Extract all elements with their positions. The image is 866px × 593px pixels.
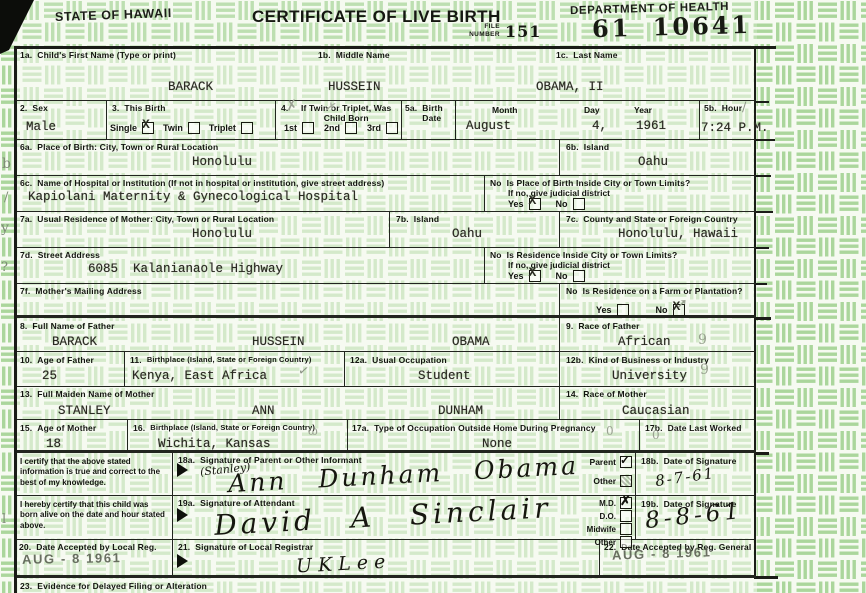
md-label: M.D. <box>599 499 616 508</box>
value-street-address: 6085 Kalanianaole Highway <box>88 262 283 276</box>
pencil-mark: ✗ <box>285 97 299 115</box>
value-occupation: Student <box>418 369 471 383</box>
label-23: 23.Evidence for Delayed Filing or Altera… <box>20 581 207 591</box>
label-7g: NoIs Residence on a Farm or Plantation? <box>566 286 743 296</box>
pencil-mark: y <box>1 220 9 236</box>
yes-label: Yes <box>508 271 524 281</box>
value-father-birthplace: Kenya, East Africa <box>132 369 267 383</box>
no-label: No <box>556 199 568 209</box>
value-father-age: 25 <box>42 369 57 383</box>
second-label: 2nd <box>324 123 340 133</box>
label-6d-line2: If no, give judicial district <box>508 188 610 198</box>
label-12a: 12a.Usual Occupation <box>350 355 447 365</box>
pencil-mark: / <box>742 100 746 115</box>
certification-text-18: I certify that the above stated informat… <box>20 457 168 488</box>
value-birth-island: Oahu <box>638 155 668 169</box>
this-birth-checkboxes: Single X Twin Triplet <box>110 122 253 134</box>
file-label-line1: FILE <box>452 23 500 31</box>
pencil-mark: / <box>4 190 8 205</box>
pencil-mark: l <box>2 512 6 527</box>
value-county: Honolulu, Hawaii <box>618 227 738 241</box>
label-7a: 7a.Usual Residence of Mother: City, Town… <box>20 214 274 224</box>
parent-label: Parent <box>590 457 616 467</box>
checkbox-twin <box>188 122 200 134</box>
certificate-number: 61 10641 <box>592 10 752 43</box>
label-3: 3.This Birth <box>112 103 166 113</box>
label-5a: 5a.Birth Date <box>405 103 449 123</box>
value-mother-maiden: DUNHAM <box>438 404 483 418</box>
checkbox-triplet <box>241 122 253 134</box>
value-occupation-pregnancy: None <box>482 437 512 451</box>
checkbox-md: ✗ <box>620 497 632 509</box>
file-label-line2: NUMBER <box>452 31 500 39</box>
yes-label: Yes <box>596 305 612 315</box>
value-father-race: African <box>618 335 671 349</box>
parent-other-checkboxes: Parent✓ Other <box>582 456 632 487</box>
value-residence-city: Honolulu <box>192 227 252 241</box>
value-hospital: Kapiolani Maternity & Gynecological Hosp… <box>28 190 358 204</box>
twin-order-checkboxes: 1st 2nd 3rd <box>284 122 398 134</box>
pencil-mark: ? <box>1 260 8 275</box>
do-label: D.O. <box>600 512 616 521</box>
label-17a: 17a.Type of Occupation Outside Home Duri… <box>352 423 596 433</box>
signature-arrow-18a-icon <box>177 463 188 477</box>
label-6d: NoIs Place of Birth Inside City or Town … <box>490 178 750 188</box>
checkbox-midwife <box>620 523 632 535</box>
pencil-mark: 0 <box>606 424 614 438</box>
other-attendant-label: Other <box>595 538 616 547</box>
value-father-middle: HUSSEIN <box>252 335 305 349</box>
label-14: 14.Race of Mother <box>566 389 647 399</box>
certification-text-19: I hereby certify that this child was bor… <box>20 500 168 531</box>
pencil-mark: ➚ <box>676 296 688 312</box>
value-mother-first: STANLEY <box>58 404 111 418</box>
no-label: No <box>656 305 668 315</box>
checkbox-do <box>620 510 632 522</box>
7e-yes-no: Yes X No <box>508 270 585 282</box>
checkbox-1st <box>302 122 314 134</box>
local-registrar-date-stamp: AUG - 8 1961 <box>22 550 122 567</box>
label-2: 2.Sex <box>20 103 48 113</box>
attendant-type-checkboxes: M.D.✗ D.O. Midwife Other <box>578 497 632 548</box>
pencil-mark: 0 <box>652 428 660 442</box>
cell-5a-inner-divider <box>455 101 456 140</box>
pencil-mark: b <box>2 156 11 172</box>
label-10: 10.Age of Father <box>20 355 94 365</box>
checkbox-3rd <box>386 122 398 134</box>
checkbox-single: X <box>142 122 154 134</box>
label-7e-line2: If no, give judicial district <box>508 260 610 270</box>
checkbox-2nd <box>345 122 357 134</box>
label-9: 9.Race of Father <box>566 321 640 331</box>
label-7b: 7b.Island <box>396 214 439 224</box>
label-12b: 12b.Kind of Business or Industry <box>566 355 709 365</box>
third-label: 3rd <box>367 123 381 133</box>
value-residence-island: Oahu <box>452 227 482 241</box>
label-11: 11.Birthplace (Island, State or Foreign … <box>130 355 312 365</box>
label-6c: 6c.Name of Hospital or Institution (If n… <box>20 178 384 188</box>
label-16: 16.Birthplace (Island, State or Foreign … <box>133 423 315 433</box>
label-year: Year <box>634 105 652 115</box>
pencil-mark: 9 <box>700 362 709 378</box>
label-13: 13.Full Maiden Name of Mother <box>20 389 155 399</box>
label-4: 4.If Twin or Triplet, Was Child Born <box>281 103 399 123</box>
no-label: No <box>556 271 568 281</box>
label-1c: 1c.Last Name <box>556 50 618 60</box>
checkbox-6d-yes: X <box>529 198 541 210</box>
value-first-name: BARACK <box>168 80 213 94</box>
checkbox-7g-yes <box>617 304 629 316</box>
other-label: Other <box>593 476 616 486</box>
file-number-label: FILE NUMBER <box>452 23 500 39</box>
first-label: 1st <box>284 123 297 133</box>
value-mother-age: 18 <box>46 437 61 451</box>
value-hour: 7:24 P.M. <box>701 121 769 135</box>
7g-yes-no: Yes No X <box>596 304 685 316</box>
label-7c: 7c.County and State or Foreign Country <box>566 214 738 224</box>
6d-yes-no: Yes X No <box>508 198 585 210</box>
label-1a: 1a.Child's First Name (Type or print) <box>20 50 176 60</box>
label-day: Day <box>584 105 600 115</box>
value-last-name: OBAMA, II <box>536 80 604 94</box>
value-mother-middle: ANN <box>252 404 275 418</box>
label-5b: 5b.Hour <box>704 103 742 113</box>
birth-certificate-document: STATE OF HAWAII CERTIFICATE OF LIVE BIRT… <box>0 0 866 593</box>
value-mother-race: Caucasian <box>622 404 690 418</box>
pencil-mark: ω <box>308 424 318 438</box>
label-1b: 1b.Middle Name <box>318 50 390 60</box>
value-middle-name: HUSSEIN <box>328 80 381 94</box>
checkbox-6d-no <box>573 198 585 210</box>
value-birth-month: August <box>466 119 511 133</box>
label-month: Month <box>492 105 518 115</box>
checkbox-7e-yes: X <box>529 270 541 282</box>
value-birth-city: Honolulu <box>192 155 252 169</box>
checkbox-7e-no <box>573 270 585 282</box>
value-industry: University <box>612 369 687 383</box>
label-6a: 6a.Place of Birth: City, Town or Rural L… <box>20 142 218 152</box>
label-7d: 7d.Street Address <box>20 250 100 260</box>
signature-arrow-21-icon <box>177 554 188 568</box>
checkbox-parent: ✓ <box>620 456 632 468</box>
label-7f: 7f.Mother's Mailing Address <box>20 286 142 296</box>
triplet-label: Triplet <box>209 123 236 133</box>
file-number-value: 151 <box>505 22 541 41</box>
value-birth-year: 1961 <box>636 119 666 133</box>
signature-arrow-19a-icon <box>177 508 188 522</box>
twin-label: Twin <box>163 123 183 133</box>
label-15: 15.Age of Mother <box>20 423 96 433</box>
label-18b: 18b.Date of Signature <box>641 456 737 466</box>
value-sex: Male <box>26 120 56 134</box>
value-father-first: BARACK <box>52 335 97 349</box>
label-21: 21.Signature of Local Registrar <box>178 542 313 552</box>
midwife-label: Midwife <box>587 525 616 534</box>
checkbox-other-informant <box>620 475 632 487</box>
single-label: Single <box>110 123 137 133</box>
pencil-mark: 9 <box>698 332 707 348</box>
label-6b: 6b.Island <box>566 142 609 152</box>
label-8: 8.Full Name of Father <box>20 321 115 331</box>
value-father-last: OBAMA <box>452 335 490 349</box>
value-mother-birthplace: Wichita, Kansas <box>158 437 271 451</box>
yes-label: Yes <box>508 199 524 209</box>
label-7e: NoIs Residence Inside City or Town Limit… <box>490 250 750 260</box>
value-birth-day: 4, <box>592 119 607 133</box>
